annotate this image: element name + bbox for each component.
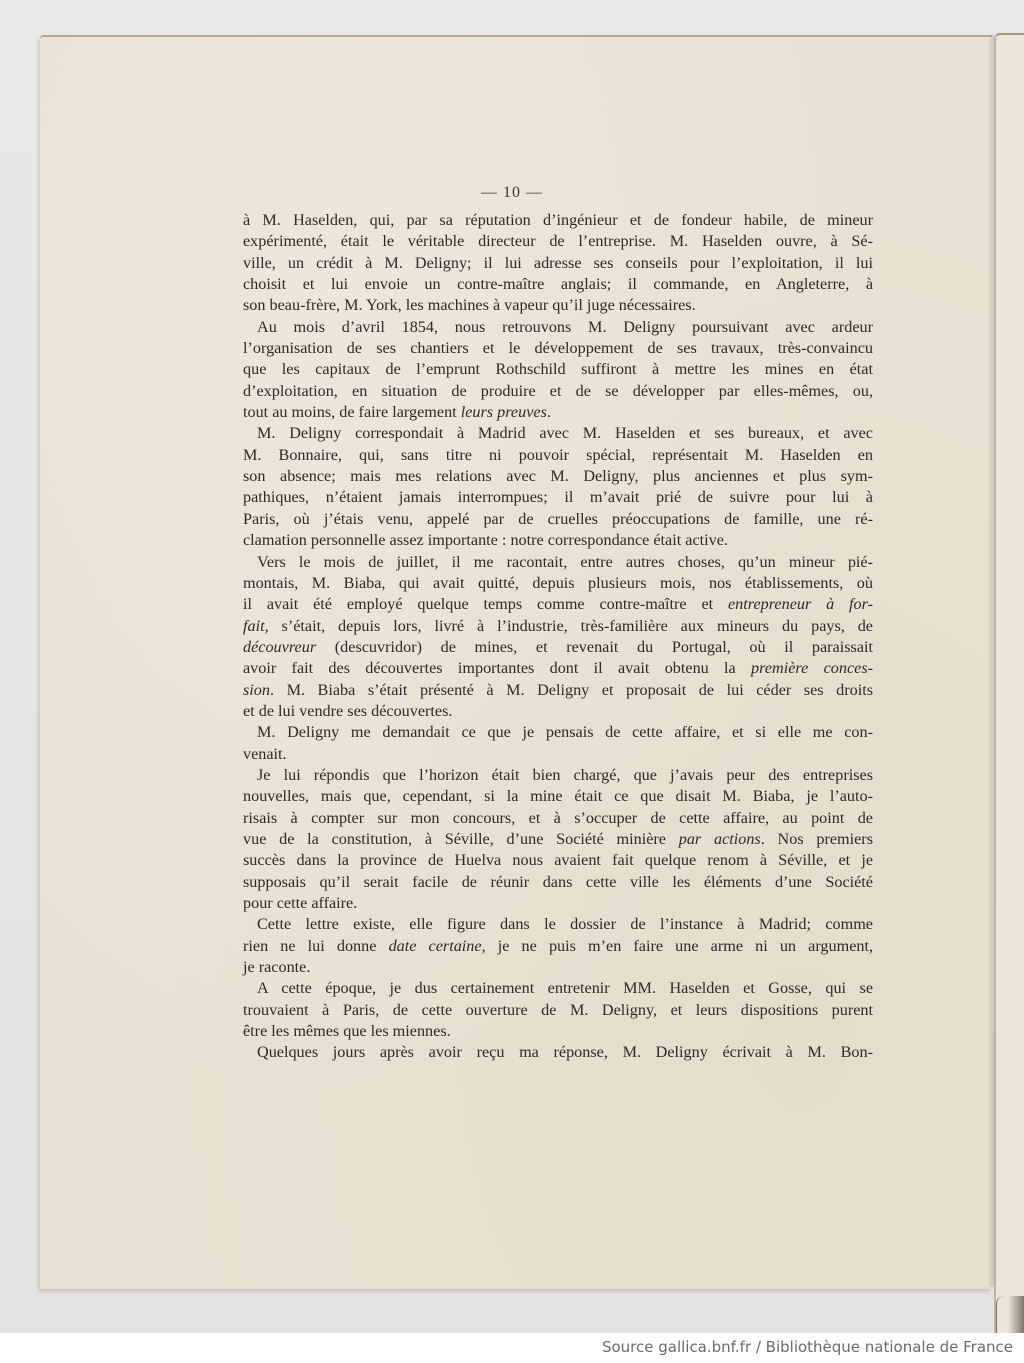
text-line: risais à compter sur mon concours, et à …: [243, 808, 873, 829]
text-line: avoir fait des découvertes importantes d…: [243, 658, 873, 679]
text-line: découvreur (descuvridor) de mines, et re…: [243, 637, 873, 658]
text-line: succès dans la province de Huelva nous a…: [243, 850, 873, 871]
text-line: l’organisation de ses chantiers et le dé…: [243, 338, 873, 359]
text-line: sion. M. Biaba s’était présenté à M. Del…: [243, 680, 873, 701]
text-line: trouvaient à Paris, de cette ouverture d…: [243, 1000, 873, 1021]
text-line: montais, M. Biaba, qui avait quitté, dep…: [243, 573, 873, 594]
italic-phrase: par actions: [679, 830, 761, 848]
text-line: et de lui vendre ses découvertes.: [243, 701, 873, 722]
italic-phrase: découvreur: [243, 638, 316, 656]
italic-phrase: entrepreneur à for-: [728, 595, 873, 613]
italic-phrase: fait: [243, 617, 265, 635]
binding-string: [996, 1296, 1024, 1336]
text-line: M. Deligny me demandait ce que je pensai…: [243, 722, 873, 743]
text-line: venait.: [243, 744, 873, 765]
text-line: je raconte.: [243, 957, 873, 978]
text-line: tout au moins, de faire largement leurs …: [243, 402, 873, 423]
text-line: Paris, où j’étais venu, appelé par de cr…: [243, 509, 873, 530]
text-line: Vers le mois de juillet, il me racontait…: [243, 552, 873, 573]
text-line: Quelques jours après avoir reçu ma répon…: [243, 1042, 873, 1063]
text-line: Je lui répondis que l’horizon était bien…: [243, 765, 873, 786]
text-line: son absence; mais mes relations avec M. …: [243, 466, 873, 487]
text-line: Cette lettre existe, elle figure dans le…: [243, 914, 873, 935]
text-line: nouvelles, mais que, cependant, si la mi…: [243, 786, 873, 807]
body-text: à M. Haselden, qui, par sa réputation d’…: [243, 210, 873, 1064]
text-line: choisit et lui envoie un contre-maître a…: [243, 274, 873, 295]
italic-phrase: première conces-: [751, 659, 873, 677]
text-line: pour cette affaire.: [243, 893, 873, 914]
italic-phrase: date certaine: [389, 937, 482, 955]
italic-phrase: leurs preuves: [461, 403, 547, 421]
text-line: que les capitaux de l’emprunt Rothschild…: [243, 359, 873, 380]
text-line: expérimenté, était le véritable directeu…: [243, 231, 873, 252]
text-line: supposais qu’il serait facile de réunir …: [243, 872, 873, 893]
text-line: pathiques, n’étaient jamais interrompues…: [243, 487, 873, 508]
text-line: fait, s’était, depuis lors, livré à l’in…: [243, 616, 873, 637]
text-line: M. Deligny correspondait à Madrid avec M…: [243, 423, 873, 444]
text-line: d’exploitation, en situation de produire…: [243, 381, 873, 402]
source-attribution: Source gallica.bnf.fr / Bibliothèque nat…: [602, 1338, 1013, 1356]
text-line: rien ne lui donne date certaine, je ne p…: [243, 936, 873, 957]
text-line: A cette époque, je dus certainement entr…: [243, 978, 873, 999]
gutter-shadow: [988, 35, 994, 1287]
facing-page-edge: [994, 33, 1024, 1335]
text-line: M. Bonnaire, qui, sans titre ni pouvoir …: [243, 445, 873, 466]
text-line: être les mêmes que les miennes.: [243, 1021, 873, 1042]
text-line: son beau-frère, M. York, les machines à …: [243, 295, 873, 316]
page-number: — 10 —: [0, 184, 1024, 202]
text-line: vue de la constitution, à Séville, d’une…: [243, 829, 873, 850]
text-line: à M. Haselden, qui, par sa réputation d’…: [243, 210, 873, 231]
text-line: Au mois d’avril 1854, nous retrouvons M.…: [243, 317, 873, 338]
text-line: il avait été employé quelque temps comme…: [243, 594, 873, 615]
text-line: ville, un crédit à M. Deligny; il lui ad…: [243, 253, 873, 274]
text-line: clamation personnelle assez importante :…: [243, 530, 873, 551]
italic-phrase: sion: [243, 681, 270, 699]
